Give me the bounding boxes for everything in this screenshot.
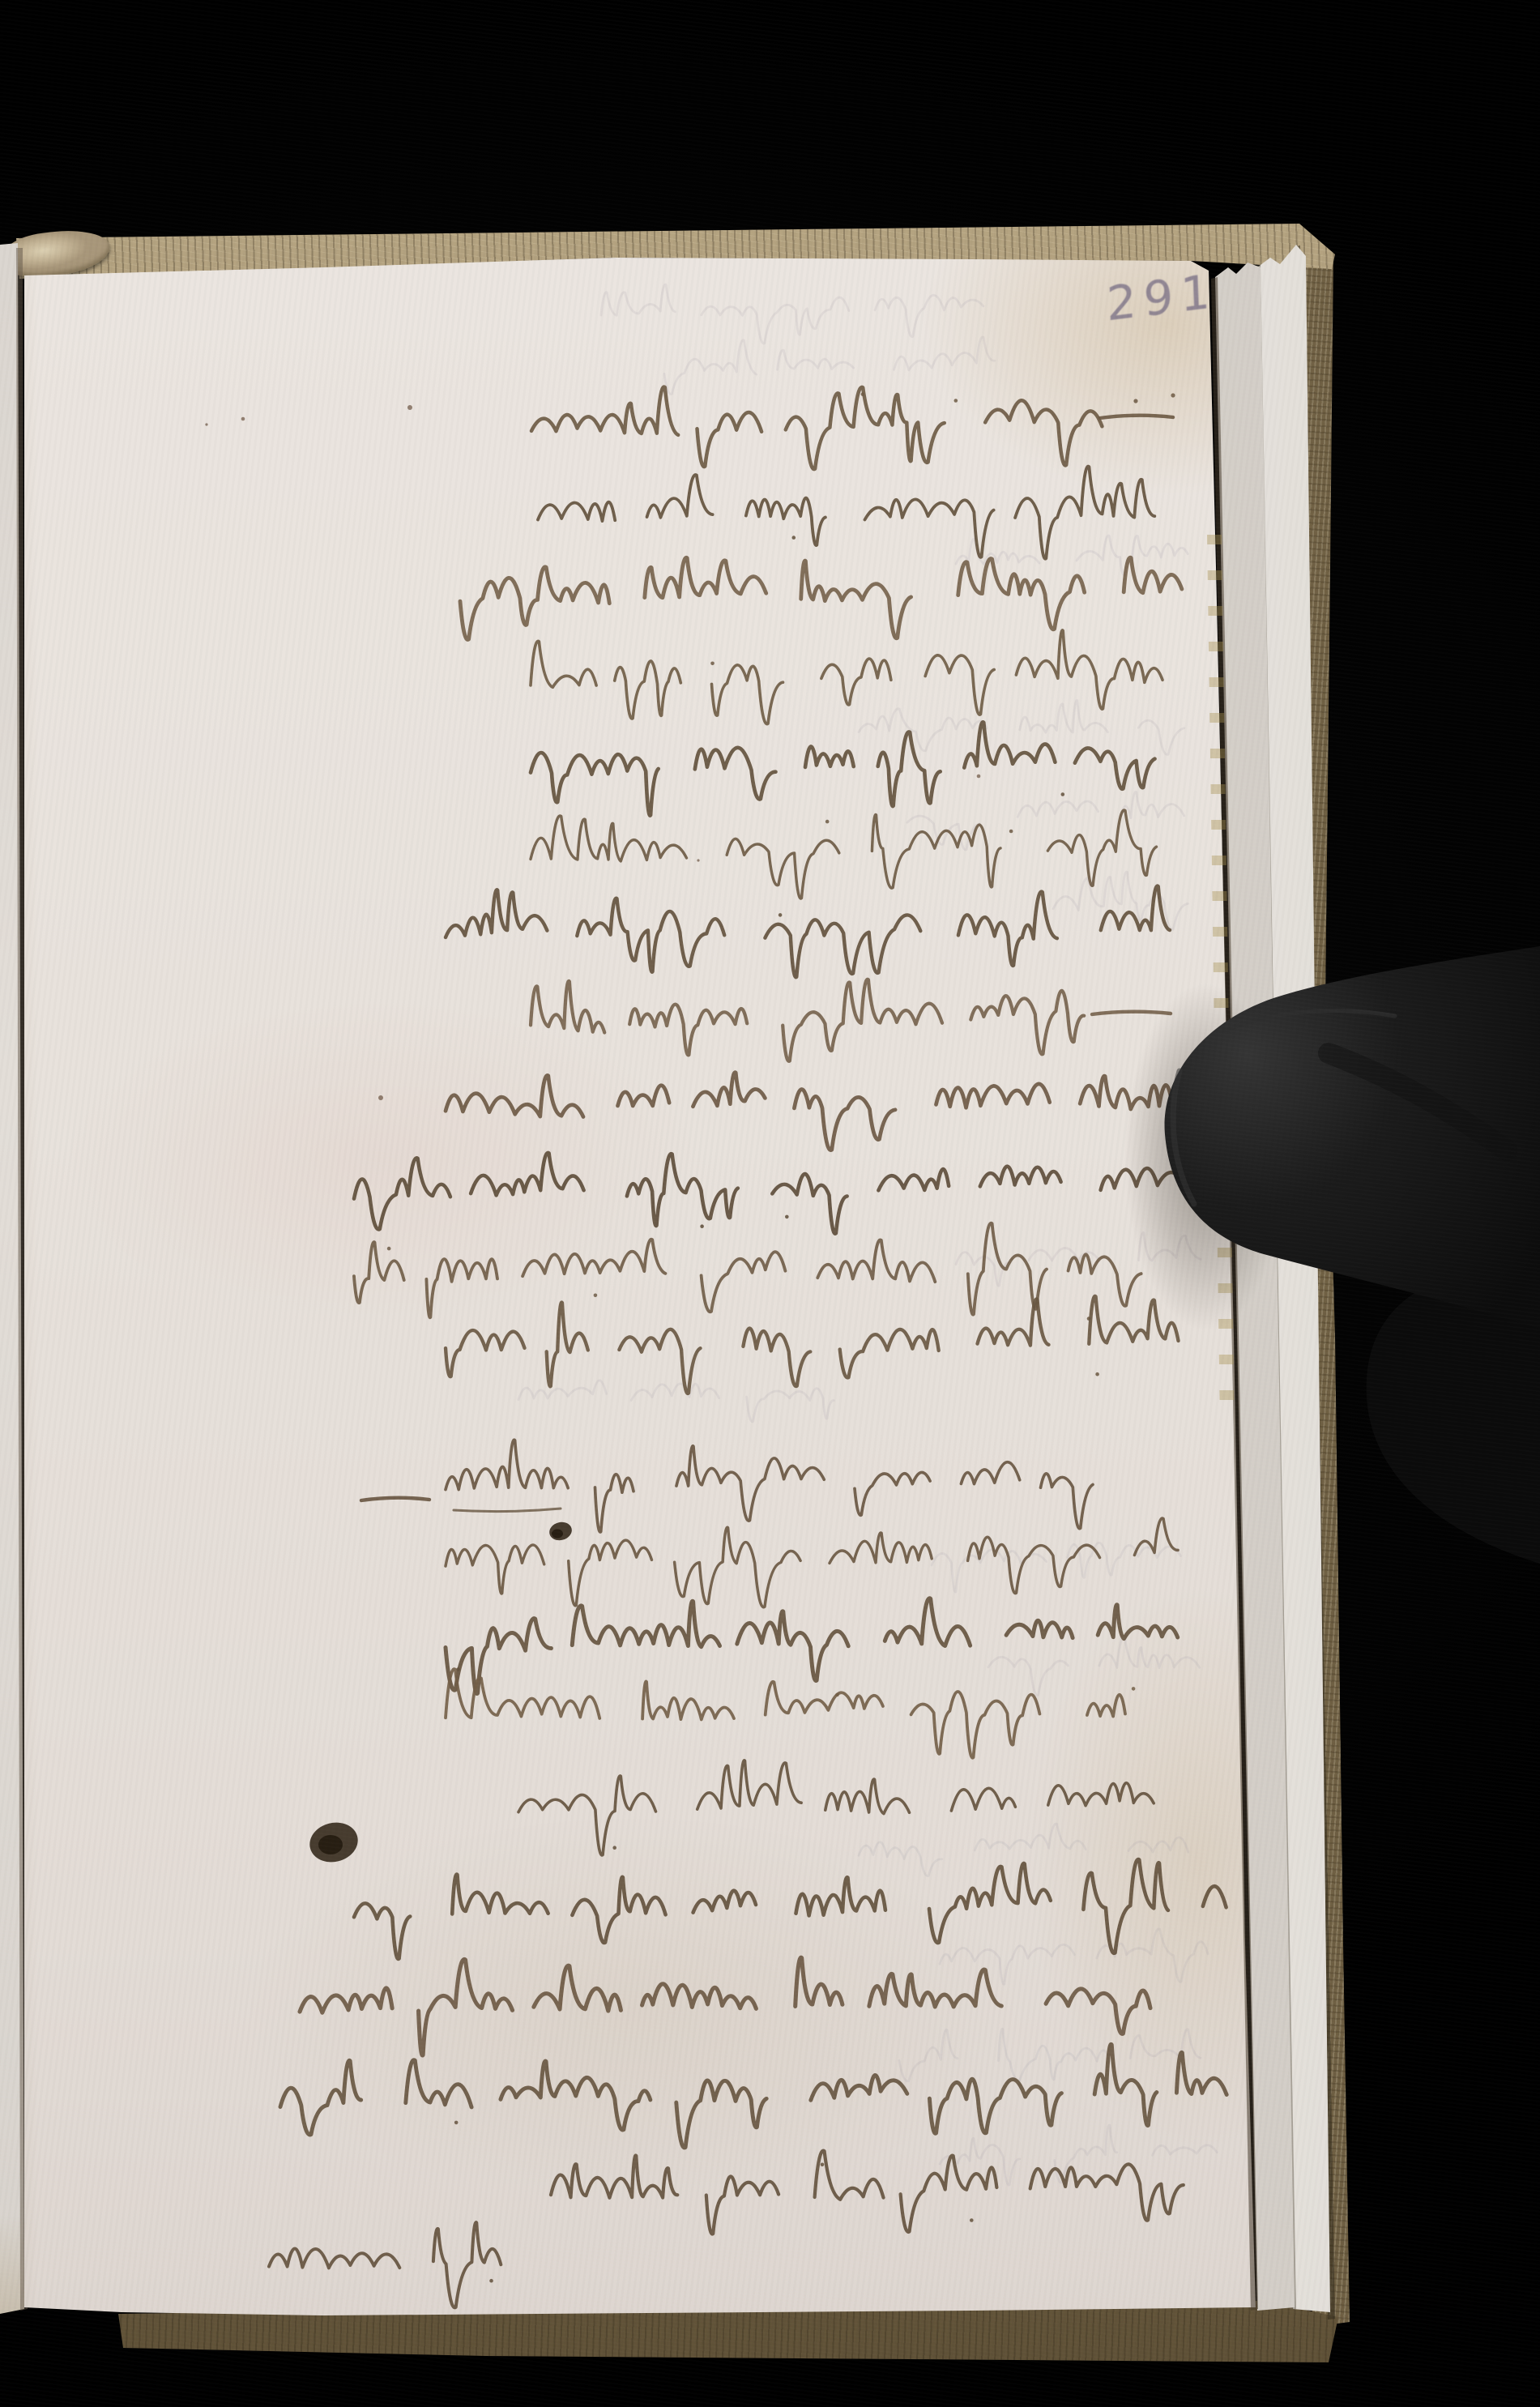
manuscript-photo: 291 [0, 0, 1540, 2407]
gloved-hand [0, 0, 1540, 2407]
